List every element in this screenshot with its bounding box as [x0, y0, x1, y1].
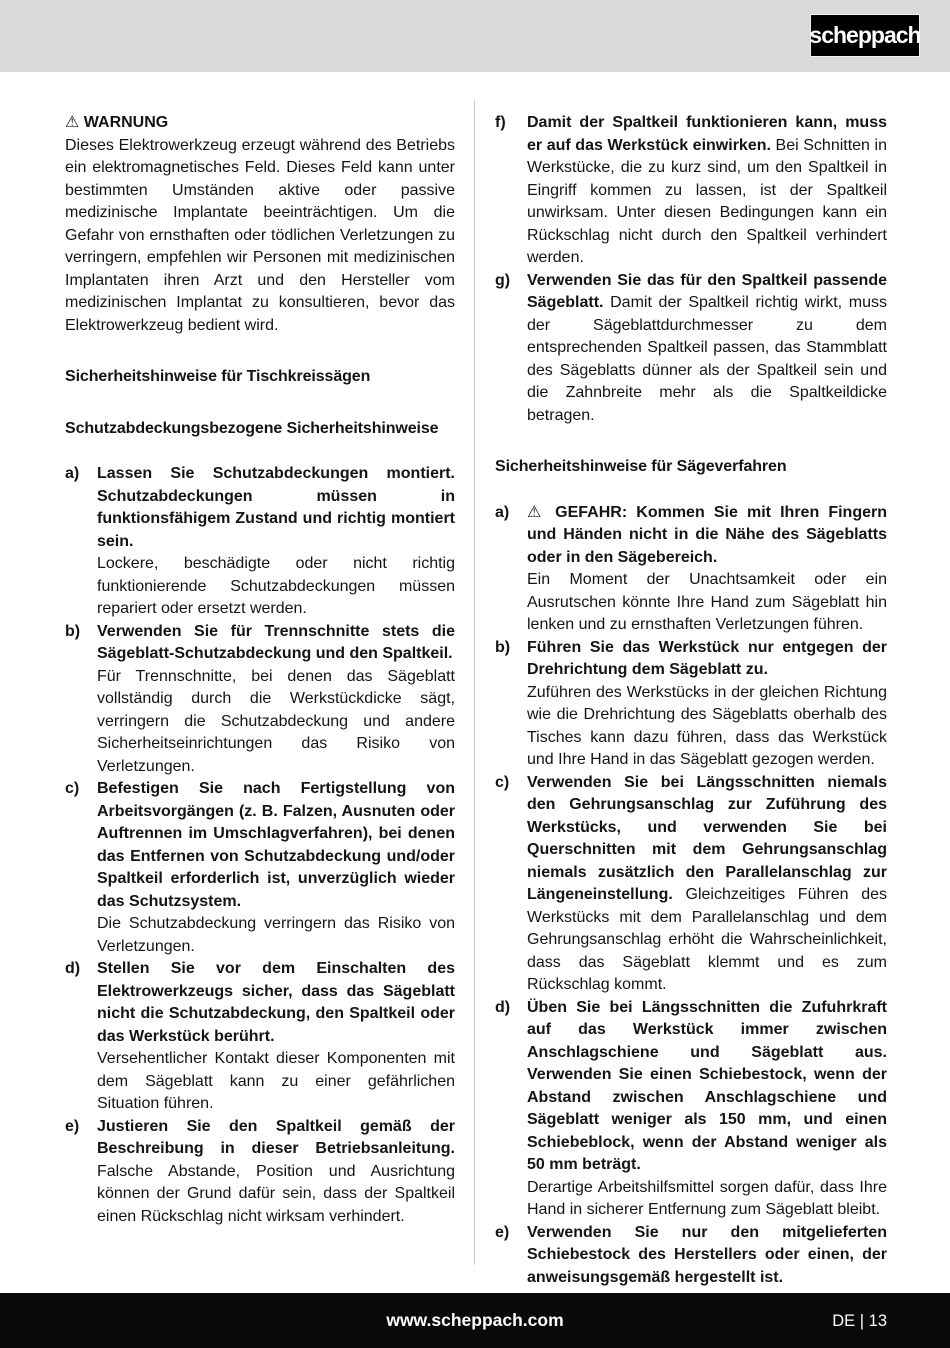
warning-text: Dieses Elektrowerkzeug erzeugt während d… — [65, 135, 455, 338]
list-item-normal: Ein Moment der Unachtsamkeit oder ein Au… — [527, 569, 887, 637]
list-item-text: Verwenden Sie das für den Spaltkeil pass… — [527, 270, 887, 428]
manual-page: scheppach ⚠ WARNUNG Dieses Elektrowerkze… — [0, 0, 950, 1348]
list-item-bold: Verwenden Sie für Trennschnitte stets di… — [97, 623, 455, 663]
list-item-letter: c) — [65, 778, 97, 958]
list-item-letter: b) — [65, 621, 97, 779]
safety-list-a-e: a) Lassen Sie Schutzabdeckungen montiert… — [65, 463, 455, 1228]
list-item-text: Führen Sie das Werkstück nur entgegen de… — [527, 637, 887, 772]
list-item-bold: Lassen Sie Schutzabdeckungen montiert. S… — [97, 465, 455, 550]
right-column: f) Damit der Spaltkeil funktionieren kan… — [495, 112, 887, 1289]
list-item-text: ⚠ GEFAHR: Kommen Sie mit Ihren Fingern u… — [527, 502, 887, 637]
safety-list-saegeverfahren: a) ⚠ GEFAHR: Kommen Sie mit Ihren Finger… — [495, 502, 887, 1290]
list-item-normal: Versehentlicher Kontakt dieser Komponent… — [97, 1048, 455, 1116]
list-item-normal: Zuführen des Werkstücks in der gleichen … — [527, 682, 887, 772]
footer-website: www.scheppach.com — [0, 1310, 950, 1330]
list-item-bold: Üben Sie bei Längsschnitten die Zufuhrkr… — [527, 999, 887, 1174]
list-item-text: Verwenden Sie nur den mitgelieferten Sch… — [527, 1222, 887, 1290]
list-item-letter: e) — [65, 1116, 97, 1229]
list-item-normal: Derartige Arbeitshilfsmittel sorgen dafü… — [527, 1177, 887, 1222]
subsection-heading-schutzabdeckung: Schutzabdeckungsbezogene Sicherheitshinw… — [65, 418, 455, 441]
list-item-letter: g) — [495, 270, 527, 428]
list-item-bold: ⚠ GEFAHR: Kommen Sie mit Ihren Fingern u… — [527, 504, 887, 566]
list-item-normal: Falsche Abstande, Position und Ausrichtu… — [97, 1163, 455, 1225]
list-item: b) Führen Sie das Werkstück nur entgegen… — [495, 637, 887, 772]
list-item-normal: Lockere, beschädigte oder nicht richtig … — [97, 553, 455, 621]
list-item-bold: Führen Sie das Werkstück nur entgegen de… — [527, 639, 887, 679]
list-item-normal: Die Schutzabdeckung verringern das Risik… — [97, 913, 455, 958]
warning-title: WARNUNG — [84, 114, 168, 131]
list-item-bold: Verwenden Sie nur den mitgelieferten Sch… — [527, 1224, 887, 1286]
page-content: ⚠ WARNUNG Dieses Elektrowerkzeug erzeugt… — [65, 112, 887, 1289]
list-item-normal: Für Trennschnitte, bei denen das Sägebla… — [97, 666, 455, 779]
list-item-letter: e) — [495, 1222, 527, 1290]
list-item-bold: Stellen Sie vor dem Einschalten des Elek… — [97, 960, 455, 1045]
list-item-letter: c) — [495, 772, 527, 997]
list-item: d) Üben Sie bei Längsschnitten die Zufuh… — [495, 997, 887, 1222]
warning-heading: ⚠ WARNUNG — [65, 112, 455, 135]
safety-list-f-g: f) Damit der Spaltkeil funktionieren kan… — [495, 112, 887, 427]
list-item-normal: Bei Schnitten in Werkstücke, die zu kurz… — [527, 137, 887, 267]
header-bar — [0, 0, 950, 72]
list-item-text: Damit der Spaltkeil funktionieren kann, … — [527, 112, 887, 270]
list-item: d) Stellen Sie vor dem Einschalten des E… — [65, 958, 455, 1116]
list-item-letter: a) — [65, 463, 97, 621]
list-item-text: Justieren Sie den Spaltkeil gemäß der Be… — [97, 1116, 455, 1229]
scheppach-logo: scheppach — [810, 14, 920, 57]
list-item-text: Lassen Sie Schutzabdeckungen montiert. S… — [97, 463, 455, 621]
list-item-normal: Damit der Spaltkeil richtig wirkt, muss … — [527, 294, 887, 424]
left-column: ⚠ WARNUNG Dieses Elektrowerkzeug erzeugt… — [65, 112, 455, 1289]
list-item-letter: b) — [495, 637, 527, 772]
list-item: b) Verwenden Sie für Trennschnitte stets… — [65, 621, 455, 779]
list-item: g) Verwenden Sie das für den Spaltkeil p… — [495, 270, 887, 428]
list-item-bold: Befestigen Sie nach Fertigstellung von A… — [97, 780, 455, 910]
list-item-letter: d) — [495, 997, 527, 1222]
list-item-text: Verwenden Sie bei Längsschnitten niemals… — [527, 772, 887, 997]
list-item: a) ⚠ GEFAHR: Kommen Sie mit Ihren Finger… — [495, 502, 887, 637]
list-item: e) Justieren Sie den Spaltkeil gemäß der… — [65, 1116, 455, 1229]
footer-bar: www.scheppach.com DE | 13 — [0, 1293, 950, 1348]
list-item-text: Üben Sie bei Längsschnitten die Zufuhrkr… — [527, 997, 887, 1222]
list-item-text: Stellen Sie vor dem Einschalten des Elek… — [97, 958, 455, 1116]
section-heading-saegeverfahren: Sicherheitshinweise für Sägeverfahren — [495, 456, 887, 479]
list-item-letter: a) — [495, 502, 527, 637]
list-item: a) Lassen Sie Schutzabdeckungen montiert… — [65, 463, 455, 621]
list-item: c) Befestigen Sie nach Fertigstellung vo… — [65, 778, 455, 958]
footer-page-number: DE | 13 — [832, 1311, 887, 1331]
list-item-bold: Verwenden Sie bei Längsschnitten niemals… — [527, 774, 887, 904]
list-item-letter: f) — [495, 112, 527, 270]
warning-icon: ⚠ — [65, 114, 79, 131]
list-item-bold: Justieren Sie den Spaltkeil gemäß der Be… — [97, 1118, 455, 1158]
list-item: c) Verwenden Sie bei Längsschnitten niem… — [495, 772, 887, 997]
section-heading-tischkreissaegen: Sicherheitshinweise für Tischkreissägen — [65, 366, 455, 389]
list-item: e) Verwenden Sie nur den mitgelieferten … — [495, 1222, 887, 1290]
list-item-text: Verwenden Sie für Trennschnitte stets di… — [97, 621, 455, 779]
list-item-text: Befestigen Sie nach Fertigstellung von A… — [97, 778, 455, 958]
list-item: f) Damit der Spaltkeil funktionieren kan… — [495, 112, 887, 270]
list-item-letter: d) — [65, 958, 97, 1116]
